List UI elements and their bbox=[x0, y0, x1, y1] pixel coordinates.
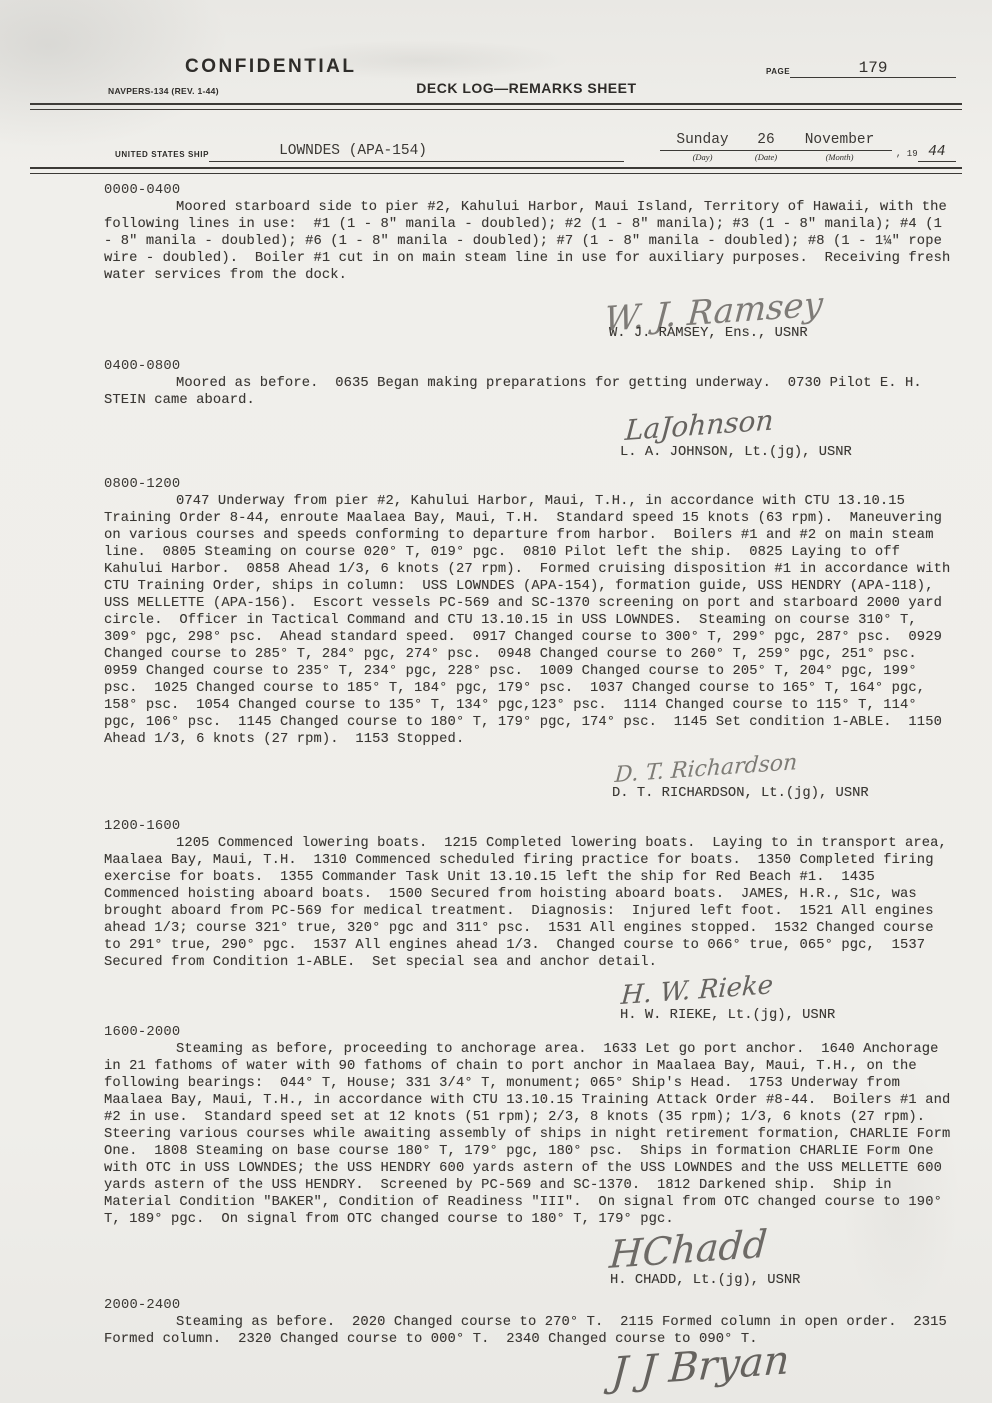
entry-text: Moored starboard side to pier #2, Kahulu… bbox=[104, 199, 958, 284]
date-day: Sunday bbox=[660, 132, 745, 148]
date-date: 26 bbox=[745, 132, 787, 148]
year-value: 44 bbox=[918, 145, 956, 162]
typed-signature: H. CHADD, Lt.(jg), USNR bbox=[610, 1272, 800, 1289]
day-label: (Day) bbox=[660, 152, 745, 162]
handwritten-signature: HChadd bbox=[608, 1222, 769, 1277]
header-row-classification: CONFIDENTIAL PAGE 179 bbox=[0, 0, 992, 78]
signature-block: LaJohnson L. A. JOHNSON, Lt.(jg), USNR bbox=[620, 415, 958, 461]
entry-text: Steaming as before. 2020 Changed course … bbox=[104, 1314, 958, 1348]
page-label: PAGE bbox=[766, 67, 790, 78]
double-rule-bottom bbox=[30, 167, 962, 174]
sheet-title: DECK LOG—REMARKS SHEET bbox=[416, 80, 636, 96]
deck-log-page: CONFIDENTIAL PAGE 179 NAVPERS-134 (REV. … bbox=[0, 0, 992, 1403]
header-row-title: NAVPERS-134 (REV. 1-44) DECK LOG—REMARKS… bbox=[0, 78, 992, 96]
double-rule-top bbox=[30, 103, 962, 110]
date-labels: (Day) (Date) (Month) bbox=[660, 151, 892, 162]
signature-block: J J Bryan bbox=[610, 1350, 958, 1400]
typed-signature: H. W. RIEKE, Lt.(jg), USNR bbox=[620, 1007, 835, 1024]
signature-block: W. J. Ramsey W. J. RAMSEY, Ens., USNR bbox=[609, 290, 958, 342]
log-entry-0400-0800: 0400-0800 Moored as before. 0635 Began m… bbox=[104, 358, 958, 461]
log-entry-1200-1600: 1200-1600 1205 Commenced lowering boats.… bbox=[104, 818, 958, 1024]
entry-period: 0800-1200 bbox=[104, 476, 958, 493]
signature-block: D. T. Richardson D. T. RICHARDSON, Lt.(j… bbox=[612, 758, 958, 802]
log-body: 0000-0400 Moored starboard side to pier … bbox=[0, 174, 992, 1400]
entry-text: 0747 Underway from pier #2, Kahului Harb… bbox=[104, 493, 958, 748]
entry-text: 1205 Commenced lowering boats. 1215 Comp… bbox=[104, 835, 958, 971]
date-label: (Date) bbox=[745, 152, 787, 162]
page-number: 179 bbox=[790, 60, 956, 78]
entry-text: Steaming as before, proceeding to anchor… bbox=[104, 1041, 958, 1228]
log-entry-1600-2000: 1600-2000 Steaming as before, proceeding… bbox=[104, 1024, 958, 1289]
date-field: Sunday 26 November (Day) (Date) (Month) bbox=[660, 132, 892, 162]
entry-period: 2000-2400 bbox=[104, 1297, 958, 1314]
year-field: , 19 44 bbox=[896, 145, 956, 162]
date-values: Sunday 26 November bbox=[660, 132, 892, 151]
handwritten-signature: LaJohnson bbox=[624, 403, 775, 447]
entry-period: 0000-0400 bbox=[104, 182, 958, 199]
handwritten-signature: H. W. Rieke bbox=[620, 970, 774, 1011]
ship-name: LOWNDES (APA-154) bbox=[209, 143, 624, 162]
signature-block: H. W. Rieke H. W. RIEKE, Lt.(jg), USNR bbox=[620, 979, 958, 1024]
entry-text: Moored as before. 0635 Began making prep… bbox=[104, 375, 958, 409]
entry-period: 1200-1600 bbox=[104, 818, 958, 835]
year-prefix: , 19 bbox=[896, 149, 918, 162]
entry-period: 1600-2000 bbox=[104, 1024, 958, 1041]
typed-signature: D. T. RICHARDSON, Lt.(jg), USNR bbox=[612, 785, 869, 802]
form-number: NAVPERS-134 (REV. 1-44) bbox=[108, 86, 219, 96]
month-label: (Month) bbox=[787, 152, 892, 162]
log-entry-0000-0400: 0000-0400 Moored starboard side to pier … bbox=[104, 182, 958, 342]
handwritten-signature: D. T. Richardson bbox=[614, 750, 798, 788]
signature-block: HChadd H. CHADD, Lt.(jg), USNR bbox=[610, 1234, 958, 1289]
typed-signature: L. A. JOHNSON, Lt.(jg), USNR bbox=[620, 444, 852, 461]
page-number-field: PAGE 179 bbox=[766, 60, 956, 78]
log-entry-0800-1200: 0800-1200 0747 Underway from pier #2, Ka… bbox=[104, 476, 958, 802]
typed-signature: W. J. RAMSEY, Ens., USNR bbox=[609, 325, 808, 342]
date-month: November bbox=[787, 132, 892, 148]
log-entry-2000-2400: 2000-2400 Steaming as before. 2020 Chang… bbox=[104, 1297, 958, 1400]
ship-and-date-row: UNITED STATES SHIP LOWNDES (APA-154) Sun… bbox=[0, 110, 992, 162]
classification-stamp: CONFIDENTIAL bbox=[185, 56, 356, 78]
entry-period: 0400-0800 bbox=[104, 358, 958, 375]
ship-label: UNITED STATES SHIP bbox=[115, 150, 209, 162]
